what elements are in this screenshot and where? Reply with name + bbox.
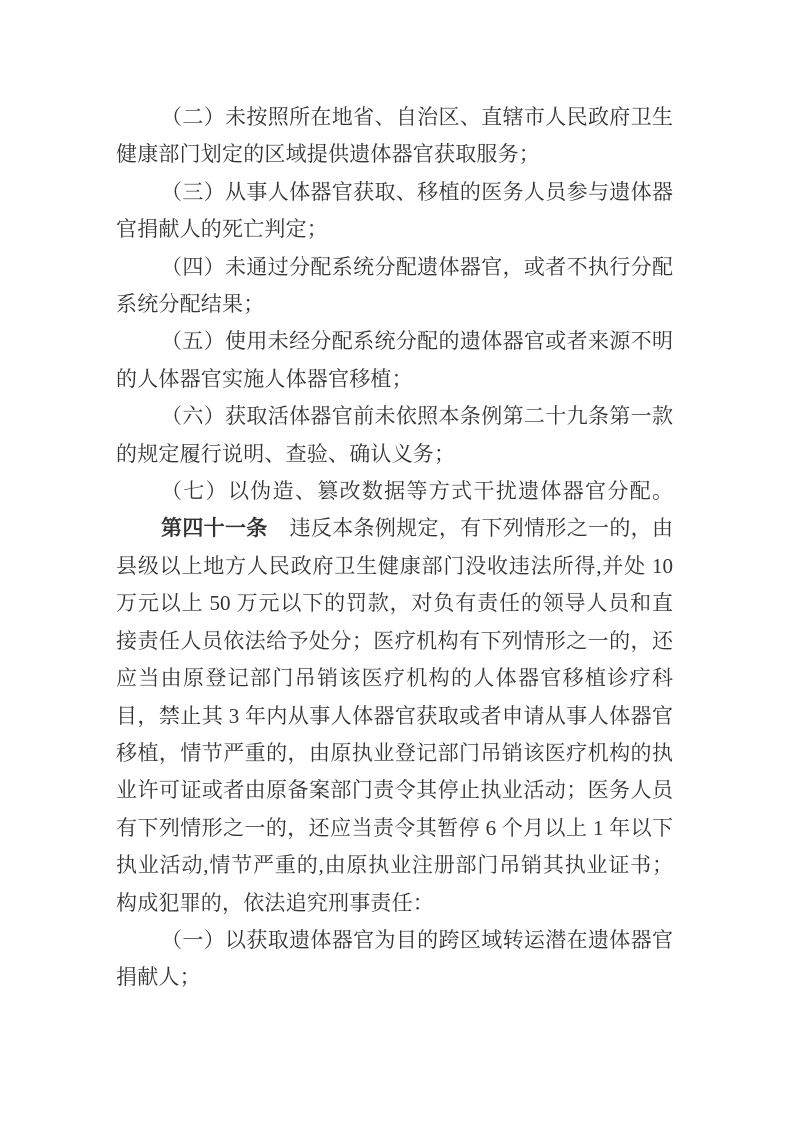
text-line: 官捐献人的死亡判定； xyxy=(116,211,673,248)
text-line: 万元以上 50 万元以下的罚款，对负有责任的领导人员和直 xyxy=(116,585,673,622)
text-line: 的规定履行说明、查验、确认义务； xyxy=(116,436,673,473)
text-line: 有下列情形之一的，还应当责令其暂停 6 个月以上 1 年以下 xyxy=(116,810,673,847)
text-line: 健康部门划定的区域提供遗体器官获取服务； xyxy=(116,136,673,173)
text-line: 执业活动,情节严重的,由原执业注册部门吊销其执业证书； xyxy=(116,847,673,884)
text-line: （二）未按照所在地省、自治区、直辖市人民政府卫生 xyxy=(116,99,673,136)
article-number: 第四十一条 xyxy=(161,516,268,540)
text-line: 业许可证或者由原备案部门责令其停止执业活动；医务人员 xyxy=(116,772,673,809)
text-line: （六）获取活体器官前未依照本条例第二十九条第一款 xyxy=(116,398,673,435)
text-line: （五）使用未经分配系统分配的遗体器官或者来源不明 xyxy=(116,323,673,360)
text-line: 构成犯罪的，依法追究刑事责任： xyxy=(116,885,673,922)
document-page: （二）未按照所在地省、自治区、直辖市人民政府卫生健康部门划定的区域提供遗体器官获… xyxy=(0,0,793,1122)
text-line: （一）以获取遗体器官为目的跨区域转运潜在遗体器官 xyxy=(116,922,673,959)
article-heading-line: 第四十一条违反本条例规定，有下列情形之一的，由 xyxy=(116,510,673,547)
text-line: 接责任人员依法给予处分；医疗机构有下列情形之一的，还 xyxy=(116,623,673,660)
text-line: （四）未通过分配系统分配遗体器官，或者不执行分配 xyxy=(116,249,673,286)
text-line: 移植，情节严重的，由原执业登记部门吊销该医疗机构的执 xyxy=(116,735,673,772)
text-line: 捐献人； xyxy=(116,959,673,996)
text-line: （七）以伪造、篡改数据等方式干扰遗体器官分配。 xyxy=(116,473,673,510)
text-line: 目，禁止其 3 年内从事人体器官获取或者申请从事人体器官 xyxy=(116,698,673,735)
document-text-block: （二）未按照所在地省、自治区、直辖市人民政府卫生健康部门划定的区域提供遗体器官获… xyxy=(116,99,673,997)
text-line: 应当由原登记部门吊销该医疗机构的人体器官移植诊疗科 xyxy=(116,660,673,697)
text-line: 的人体器官实施人体器官移植； xyxy=(116,361,673,398)
article-text: 违反本条例规定，有下列情形之一的，由 xyxy=(290,516,673,540)
text-line: 县级以上地方人民政府卫生健康部门没收违法所得,并处 10 xyxy=(116,548,673,585)
text-line: （三）从事人体器官获取、移植的医务人员参与遗体器 xyxy=(116,174,673,211)
text-line: 系统分配结果； xyxy=(116,286,673,323)
